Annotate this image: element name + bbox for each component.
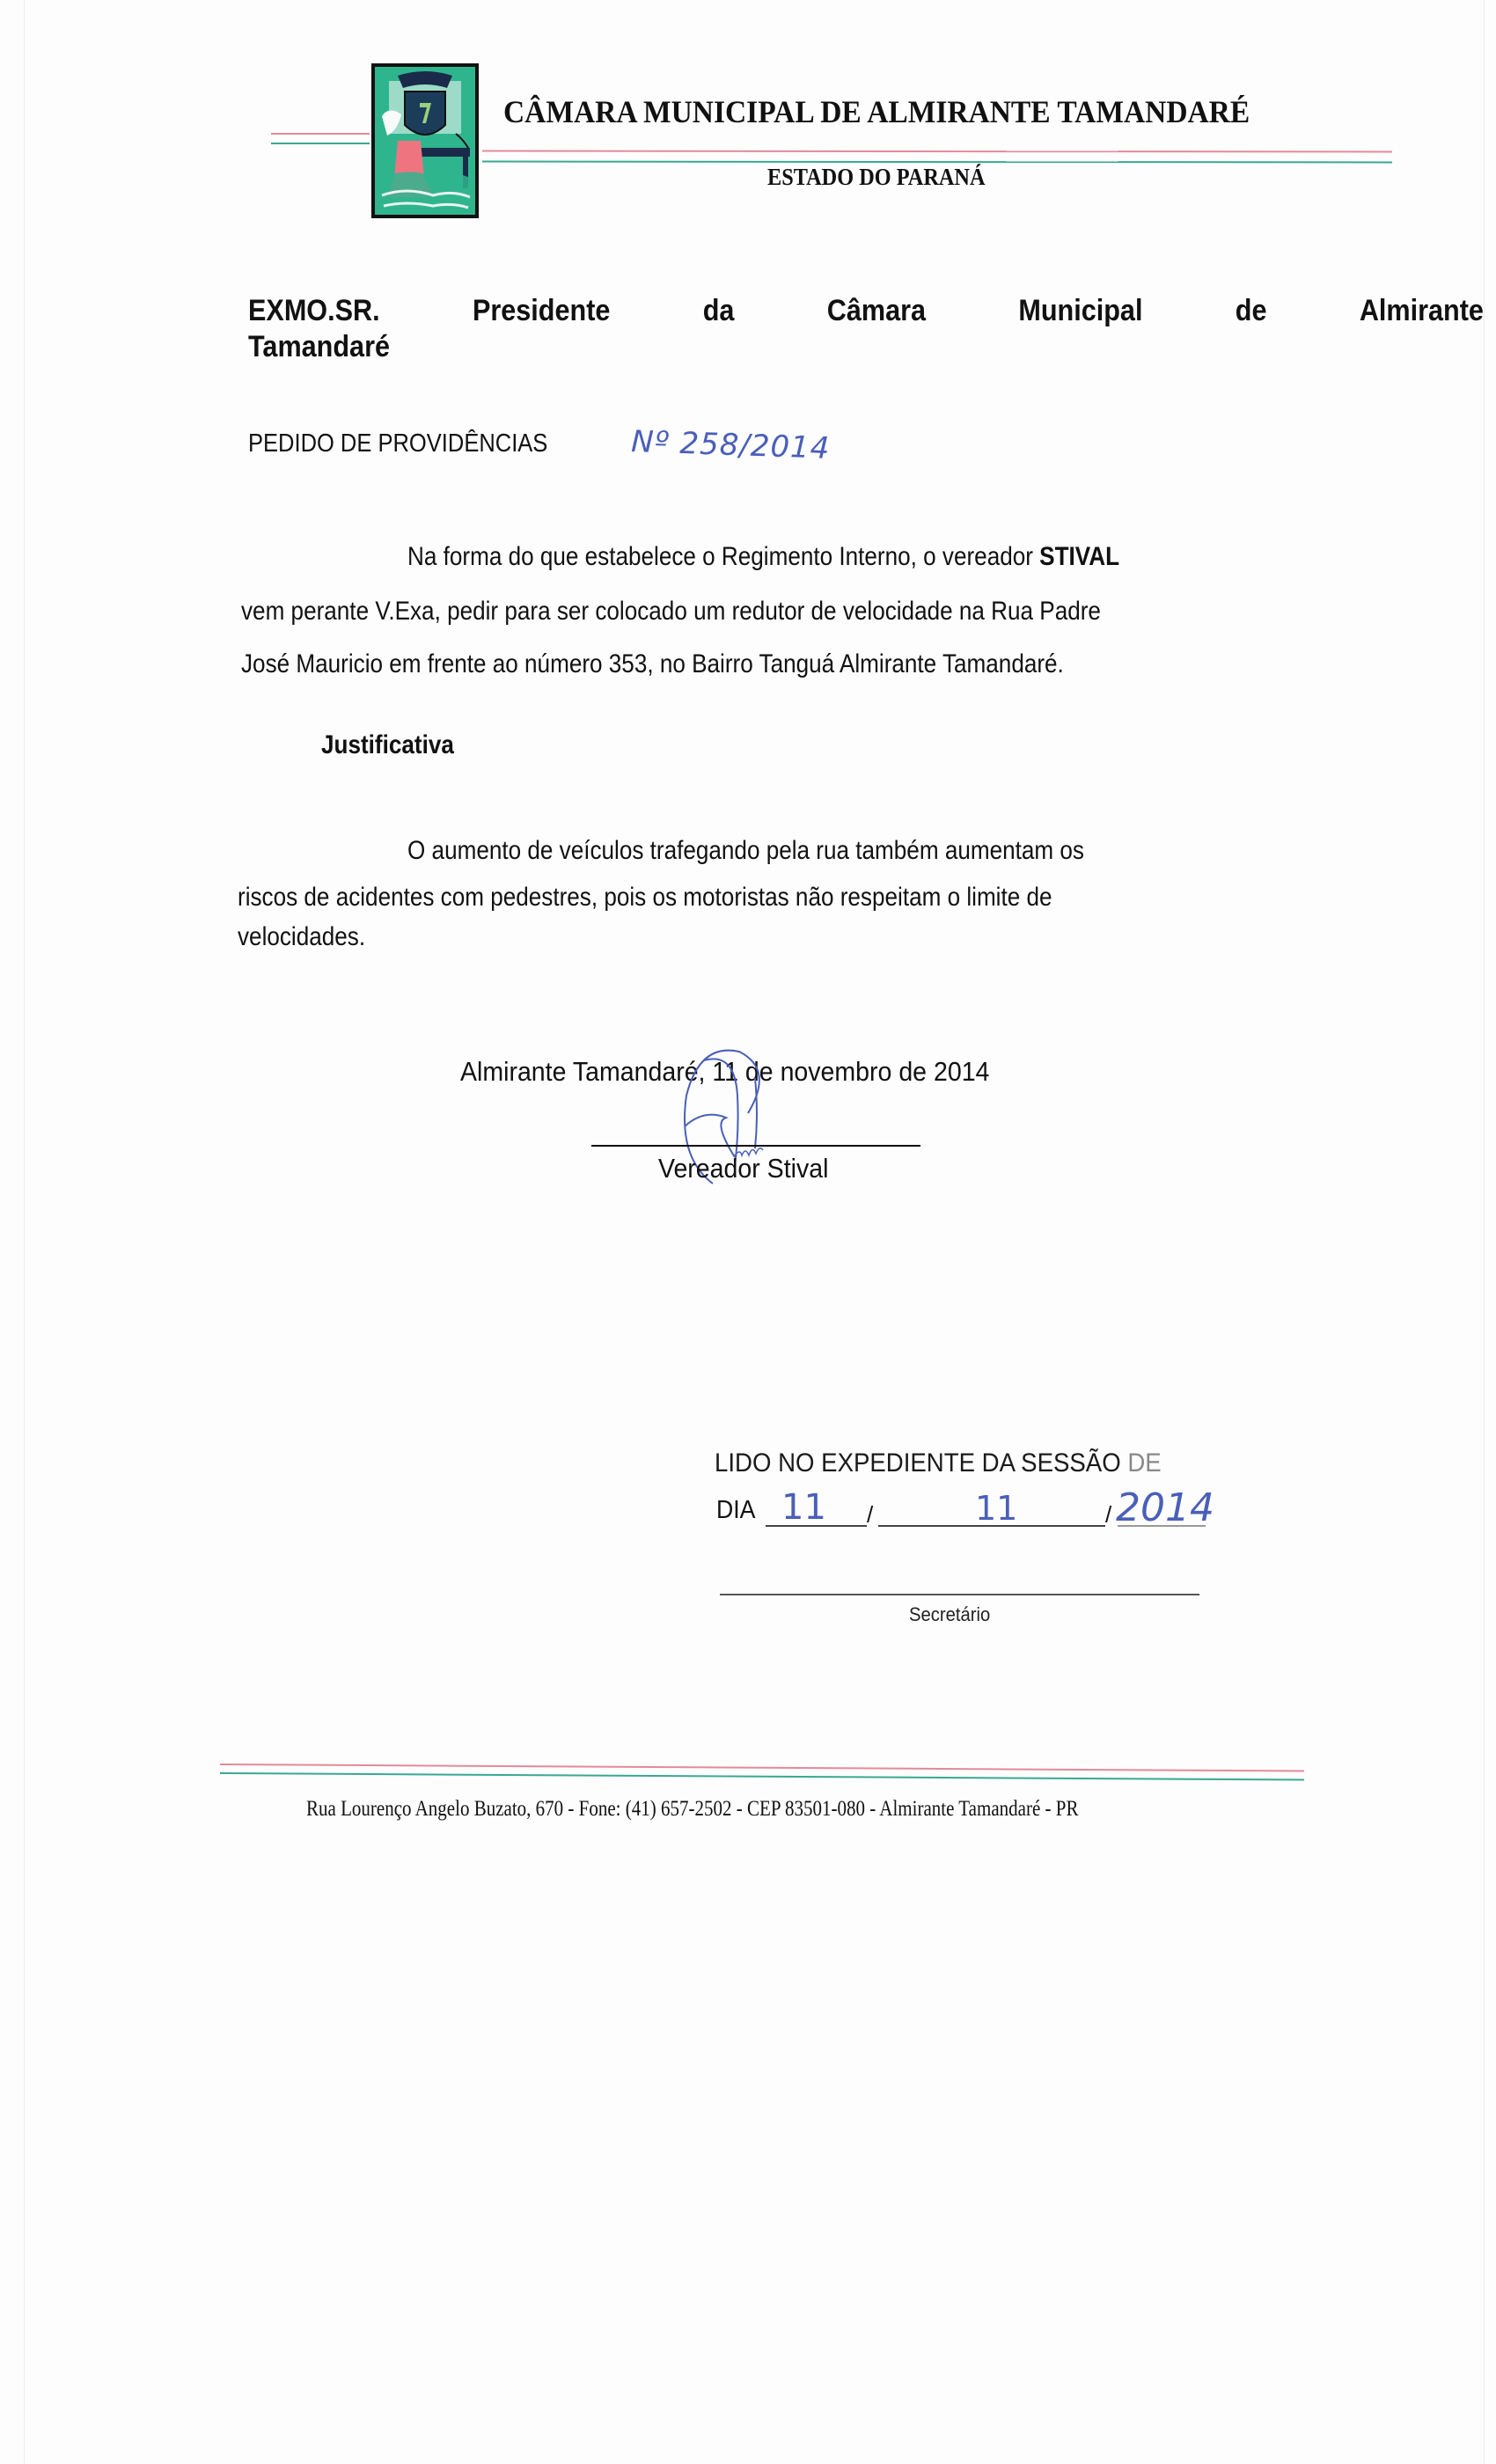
paragraph-text: Na forma do que estabelece o Regimento I… [407, 542, 1039, 571]
addressee-word: da [703, 294, 735, 328]
paragraph-1-line-1: Na forma do que estabelece o Regimento I… [407, 542, 1119, 572]
page-edge [24, 0, 25, 2464]
request-label: PEDIDO DE PROVIDÊNCIAS [248, 429, 547, 458]
addressee-line-2: Tamandaré [248, 330, 390, 364]
state-name: ESTADO DO PARANÁ [767, 164, 986, 191]
addressee-line: EXMO.SR. Presidente da Câmara Municipal … [248, 294, 1484, 328]
justification-heading: Justificativa [321, 730, 454, 760]
stamp-title-suffix: DE [1127, 1448, 1161, 1478]
header-rule-red [482, 150, 1392, 153]
stamp-title-text: LIDO NO EXPEDIENTE DA SESSÃO [715, 1448, 1121, 1478]
footer-rule-green [220, 1772, 1304, 1781]
date-separator: / [1105, 1501, 1111, 1529]
institution-name: CÂMARA MUNICIPAL DE ALMIRANTE TAMANDARÉ [503, 93, 1250, 130]
handwritten-month: 11 [975, 1489, 1017, 1528]
addressee-word: Municipal [1018, 294, 1142, 328]
reading-stamp-title: LIDO NO EXPEDIENTE DA SESSÃO DE [715, 1448, 1162, 1478]
header-rule-green [271, 143, 370, 144]
paragraph-2-line-3: velocidades. [238, 922, 365, 952]
header-rule-red [271, 133, 370, 135]
addressee-word: de [1236, 294, 1267, 328]
handwritten-day: 11 [781, 1487, 826, 1528]
handwritten-year: 2014 [1116, 1485, 1214, 1530]
page-edge [1484, 0, 1485, 2464]
footer-rule-red [220, 1764, 1304, 1772]
stamp-day-label: DIA [716, 1496, 755, 1525]
request-number-handwritten: Nº 258/2014 [631, 424, 831, 466]
coat-of-arms-icon [371, 63, 479, 218]
councilor-name: STIVAL [1039, 542, 1119, 571]
date-separator: / [867, 1501, 873, 1529]
paragraph-1-line-2: vem perante V.Exa, pedir para ser coloca… [241, 597, 1101, 627]
addressee-word: Câmara [827, 294, 926, 328]
footer-address: Rua Lourenço Angelo Buzato, 670 - Fone: … [306, 1797, 1078, 1822]
signatory-name: Vereador Stival [658, 1153, 828, 1184]
paragraph-2-line-2: riscos de acidentes com pedestres, pois … [238, 883, 1052, 913]
addressee-word: Almirante [1360, 294, 1484, 328]
addressee-word: EXMO.SR. [248, 294, 380, 328]
signature-line [591, 1145, 920, 1147]
addressee-word: Presidente [473, 294, 610, 328]
secretary-signature-line [720, 1594, 1199, 1595]
paragraph-1-line-3: José Mauricio em frente ao número 353, n… [241, 649, 1064, 679]
paragraph-2-line-1: O aumento de veículos trafegando pela ru… [407, 836, 1084, 866]
secretary-label: Secretário [909, 1603, 990, 1626]
